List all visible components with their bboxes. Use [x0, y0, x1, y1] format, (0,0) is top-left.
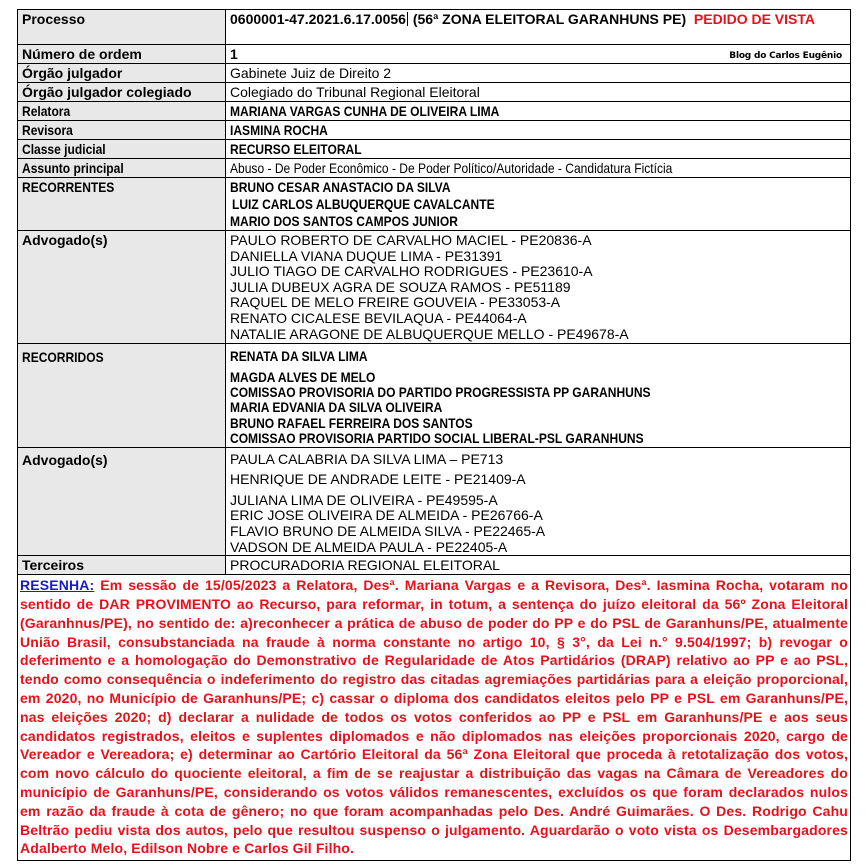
row-classe-judicial: Classe judicial RECURSO ELEITORAL: [18, 140, 851, 159]
label-advogados-recorridos: Advogado(s): [18, 447, 226, 556]
label-relatora: Relatora: [18, 102, 226, 121]
list-item: MAGDA ALVES DE MELO: [230, 370, 846, 385]
process-info-table: Processo 0600001-47.2021.6.17.0056 (56ª …: [17, 9, 851, 575]
value-orgao-colegiado: Colegiado do Tribunal Regional Eleitoral: [226, 83, 851, 102]
process-status: PEDIDO DE VISTA: [694, 11, 815, 27]
label-numero-ordem: Número de ordem: [18, 45, 226, 64]
label-recorridos: RECORRIDOS: [18, 344, 226, 447]
text-cursor: [407, 12, 408, 26]
process-document: Processo 0600001-47.2021.6.17.0056 (56ª …: [17, 9, 851, 861]
list-item: RAQUEL DE MELO FREIRE GOUVEIA - PE33053-…: [230, 295, 846, 311]
label-terceiros: Terceiros: [18, 556, 226, 575]
resenha-text: Em sessão de 15/05/2023 a Relatora, Desª…: [20, 577, 848, 856]
process-number: 0600001-47.2021.6.17.0056: [230, 11, 406, 27]
row-numero-ordem: Número de ordem 1 Blog do Carlos Eugênio: [18, 45, 851, 64]
row-orgao-julgador: Órgão julgador Gabinete Juiz de Direito …: [18, 64, 851, 83]
row-revisora: Revisora IASMINA ROCHA: [18, 121, 851, 140]
row-assunto-principal: Assunto principal Abuso - De Poder Econô…: [18, 159, 851, 178]
value-revisora: IASMINA ROCHA: [226, 121, 851, 140]
label-orgao-julgador: Órgão julgador: [18, 64, 226, 83]
row-relatora: Relatora MARIANA VARGAS CUNHA DE OLIVEIR…: [18, 102, 851, 121]
list-item: JULIO TIAGO DE CARVALHO RODRIGUES - PE23…: [230, 264, 846, 280]
list-item: PAULO ROBERTO DE CARVALHO MACIEL - PE208…: [230, 233, 846, 249]
value-numero-ordem: 1: [230, 46, 238, 62]
list-item: COMISSAO PROVISORIA PARTIDO SOCIAL LIBER…: [230, 431, 846, 446]
list-item: HENRIQUE DE ANDRADE LEITE - PE21409-A: [230, 472, 846, 488]
label-orgao-colegiado: Órgão julgador colegiado: [18, 83, 226, 102]
blog-watermark: Blog do Carlos Eugênio: [729, 48, 842, 65]
resenha-label: RESENHA:: [20, 577, 94, 593]
row-terceiros: Terceiros PROCURADORIA REGIONAL ELEITORA…: [18, 556, 851, 575]
list-item: MARIA EDVANIA DA SILVA OLIVEIRA: [230, 400, 846, 415]
list-item: PAULA CALABRIA DA SILVA LIMA – PE713: [230, 452, 846, 468]
value-orgao-julgador: Gabinete Juiz de Direito 2: [226, 64, 851, 83]
row-processo: Processo 0600001-47.2021.6.17.0056 (56ª …: [18, 10, 851, 45]
list-item: RENATO CICALESE BEVILAQUA - PE44064-A: [230, 311, 846, 327]
label-assunto-principal: Assunto principal: [18, 159, 226, 178]
row-recorridos: RECORRIDOS RENATA DA SILVA LIMA MAGDA AL…: [18, 344, 851, 447]
label-advogados-recorrentes: Advogado(s): [18, 231, 226, 344]
list-item: FLAVIO BRUNO DE ALMEIDA SILVA - PE22465-…: [230, 524, 846, 540]
row-recorrentes: RECORRENTES BRUNO CESAR ANASTACIO DA SIL…: [18, 178, 851, 231]
list-item: BRUNO RAFAEL FERREIRA DOS SANTOS: [230, 416, 846, 431]
process-zona: (56ª ZONA ELEITORAL GARANHUNS PE): [413, 11, 686, 27]
advogados-recorrentes-list: PAULO ROBERTO DE CARVALHO MACIEL - PE208…: [230, 233, 846, 342]
value-classe-judicial: RECURSO ELEITORAL: [226, 140, 851, 159]
list-item: COMISSAO PROVISORIA DO PARTIDO PROGRESSI…: [230, 385, 846, 400]
list-item: LUIZ CARLOS ALBUQUERQUE CAVALCANTE: [230, 196, 846, 213]
value-relatora: MARIANA VARGAS CUNHA DE OLIVEIRA LIMA: [226, 102, 851, 121]
label-classe-judicial: Classe judicial: [18, 140, 226, 159]
value-processo: 0600001-47.2021.6.17.0056 (56ª ZONA ELEI…: [226, 10, 851, 45]
value-advogados-recorrentes: PAULO ROBERTO DE CARVALHO MACIEL - PE208…: [226, 231, 851, 344]
row-advogados-recorrentes: Advogado(s) PAULO ROBERTO DE CARVALHO MA…: [18, 231, 851, 344]
list-item: JULIANA LIMA DE OLIVEIRA - PE49595-A: [230, 493, 846, 509]
value-recorridos: RENATA DA SILVA LIMA MAGDA ALVES DE MELO…: [226, 344, 851, 447]
list-item: BRUNO CESAR ANASTACIO DA SILVA: [230, 179, 846, 196]
value-numero-ordem-cell: 1 Blog do Carlos Eugênio: [226, 45, 851, 64]
advogados-recorridos-list: PAULA CALABRIA DA SILVA LIMA – PE713 HEN…: [230, 452, 846, 556]
list-item: RENATA DA SILVA LIMA: [230, 349, 846, 364]
recorrentes-list: BRUNO CESAR ANASTACIO DA SILVA LUIZ CARL…: [230, 179, 846, 230]
row-advogados-recorridos: Advogado(s) PAULA CALABRIA DA SILVA LIMA…: [18, 447, 851, 556]
resenha-paragraph: RESENHA: Em sessão de 15/05/2023 a Relat…: [17, 575, 851, 861]
list-item: NATALIE ARAGONE DE ALBUQUERQUE MELLO - P…: [230, 327, 846, 343]
label-recorrentes: RECORRENTES: [18, 178, 226, 231]
list-item: MARIO DOS SANTOS CAMPOS JUNIOR: [230, 213, 846, 230]
label-processo: Processo: [18, 10, 226, 45]
list-item: DANIELLA VIANA DUQUE LIMA - PE31391: [230, 249, 846, 265]
row-orgao-colegiado: Órgão julgador colegiado Colegiado do Tr…: [18, 83, 851, 102]
recorridos-list: RENATA DA SILVA LIMA MAGDA ALVES DE MELO…: [230, 349, 846, 446]
list-item: VADSON DE ALMEIDA PAULA - PE22405-A: [230, 540, 846, 556]
list-item: JULIA DUBEUX AGRA DE SOUZA RAMOS - PE511…: [230, 280, 846, 296]
list-item: ERIC JOSE OLIVEIRA DE ALMEIDA - PE26766-…: [230, 508, 846, 524]
value-recorrentes: BRUNO CESAR ANASTACIO DA SILVA LUIZ CARL…: [226, 178, 851, 231]
value-assunto-principal: Abuso - De Poder Econômico - De Poder Po…: [226, 159, 851, 178]
label-revisora: Revisora: [18, 121, 226, 140]
value-terceiros: PROCURADORIA REGIONAL ELEITORAL: [226, 556, 851, 575]
value-advogados-recorridos: PAULA CALABRIA DA SILVA LIMA – PE713 HEN…: [226, 447, 851, 556]
